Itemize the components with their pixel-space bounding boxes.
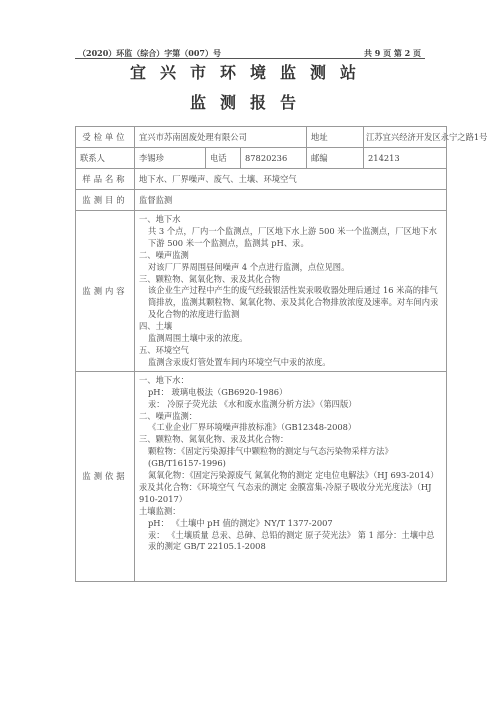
content-line: 四、土壤 bbox=[139, 321, 442, 333]
contact-value: 李锡珍 bbox=[135, 148, 206, 169]
basis-line: 《工业企业厂界环境噪声排放标准》（GB12348-2008） bbox=[139, 422, 442, 434]
sample-value: 地下水、厂界噪声、废气、土壤、环境空气 bbox=[135, 169, 447, 190]
purpose-value: 监督监测 bbox=[135, 190, 447, 211]
content-line: 一、地下水 bbox=[139, 214, 442, 226]
content-line: 共 3 个点，厂内一个监测点，厂区地下水上游 500 米一个监测点，厂区地下水下… bbox=[139, 226, 442, 250]
basis-line: pH： 《土壤中 pH 值的测定》NY/T 1377-2007 bbox=[139, 518, 442, 530]
basis-label: 监测依据 bbox=[76, 371, 135, 581]
report-title: 监测报告 bbox=[0, 90, 500, 113]
phone-value: 87820236 bbox=[241, 148, 307, 169]
zip-label: 邮编 bbox=[307, 148, 364, 169]
row-content: 监测内容 一、地下水 共 3 个点，厂内一个监测点，厂区地下水上游 500 米一… bbox=[76, 211, 447, 372]
unit-label: 受检单位 bbox=[76, 127, 135, 148]
sample-label: 样品名称 bbox=[76, 169, 135, 190]
content-line: 该企业生产过程中产生的废气经载银活性炭汞吸收器处理后通过 16 米高的排气筒排放… bbox=[139, 285, 442, 321]
row-sample: 样品名称 地下水、厂界噪声、废气、土壤、环境空气 bbox=[76, 169, 447, 190]
content-value: 一、地下水 共 3 个点，厂内一个监测点，厂区地下水上游 500 米一个监测点，… bbox=[135, 211, 447, 372]
basis-line: 三、颗粒物、氮氧化物、汞及其化合物： bbox=[139, 434, 442, 446]
phone-label: 电话 bbox=[206, 148, 241, 169]
doc-number: （2020）环监（综合）字第（007）号 bbox=[78, 49, 221, 58]
document-header: （2020）环监（综合）字第（007）号 共 9 页 第 2 页 bbox=[75, 49, 425, 59]
contact-label: 联系人 bbox=[76, 148, 135, 169]
row-unit: 受检单位 宜兴市苏南固废处理有限公司 地址 江苏宜兴经济开发区永宁之路1号 bbox=[76, 127, 447, 148]
basis-value: 一、地下水： pH： 玻璃电极法（GB6920-1986） 汞： 冷原子荧光法 … bbox=[135, 371, 447, 581]
address-value: 江苏宜兴经济开发区永宁之路1号 bbox=[364, 127, 447, 148]
content-line: 对该厂厂界周围昼间噪声 4 个点进行监测，点位见图。 bbox=[139, 262, 442, 274]
content-label: 监测内容 bbox=[76, 211, 135, 372]
basis-line: 一、地下水： bbox=[139, 375, 442, 387]
content-line: 二、噪声监测 bbox=[139, 250, 442, 262]
basis-line: 汞： 《土壤质量 总汞、总砷、总铅的测定 原子荧光法》 第 1 部分：土壤中总汞… bbox=[139, 530, 442, 554]
row-contact: 联系人 李锡珍 电话 87820236 邮编 214213 bbox=[76, 148, 447, 169]
basis-line: 土壤监测： bbox=[139, 506, 442, 518]
content-line: 三、颗粒物、氮氧化物、汞及其化合物 bbox=[139, 274, 442, 286]
basis-line: pH： 玻璃电极法（GB6920-1986） bbox=[139, 387, 442, 399]
row-basis: 监测依据 一、地下水： pH： 玻璃电极法（GB6920-1986） 汞： 冷原… bbox=[76, 371, 447, 581]
basis-line: 颗粒物：《固定污染源排气中颗粒物的测定与气态污染物采样方法》(GB/T16157… bbox=[139, 446, 442, 470]
basis-line: 汞及其化合物：《环境空气 气态汞的测定 金膜富集-冷原子吸收分光光度法》（HJ … bbox=[139, 482, 442, 506]
page-info: 共 9 页 第 2 页 bbox=[364, 49, 421, 58]
basis-line: 二、噪声监测： bbox=[139, 411, 442, 423]
content-line: 监测周围土壤中汞的浓度。 bbox=[139, 333, 442, 345]
basis-line: 氮氧化物：《固定污染源废气 氮氧化物的测定 定电位电解法》（HJ 693-201… bbox=[139, 470, 442, 482]
content-line: 五、环境空气 bbox=[139, 345, 442, 357]
row-purpose: 监测目的 监督监测 bbox=[76, 190, 447, 211]
content-line: 监测含汞废灯管处置车间内环境空气中汞的浓度。 bbox=[139, 357, 442, 369]
address-label: 地址 bbox=[307, 127, 364, 148]
basis-line: 汞： 冷原子荧光法 《水和废水监测分析方法》（第四版） bbox=[139, 399, 442, 411]
report-table: 受检单位 宜兴市苏南固废处理有限公司 地址 江苏宜兴经济开发区永宁之路1号 联系… bbox=[75, 126, 447, 582]
unit-value: 宜兴市苏南固废处理有限公司 bbox=[135, 127, 307, 148]
purpose-label: 监测目的 bbox=[76, 190, 135, 211]
zip-value: 214213 bbox=[364, 148, 447, 169]
org-title: 宜兴市环境监测站 bbox=[0, 60, 500, 83]
